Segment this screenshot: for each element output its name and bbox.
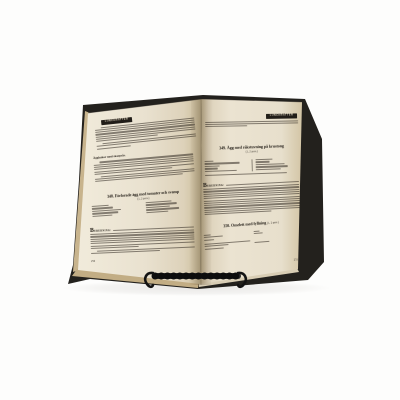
- right-preparation-block: Beredning:: [203, 180, 301, 217]
- text-line: [205, 162, 240, 164]
- text-line: [255, 166, 287, 168]
- text-line: [205, 247, 224, 250]
- text-line: [204, 239, 214, 241]
- text-line: [146, 211, 168, 214]
- text-line: [253, 230, 260, 232]
- right-paragraph-1: [205, 120, 298, 127]
- text-line: [205, 125, 247, 127]
- text-line: [204, 236, 223, 239]
- right-ingredients-col-2: [252, 158, 300, 172]
- right-page-top-block: LUNCHRÄTTER: [205, 113, 298, 129]
- text-line: [255, 161, 269, 163]
- text-line: [254, 241, 270, 243]
- text-line: [205, 170, 237, 172]
- left-preparation-block: Beredning:: [90, 225, 195, 255]
- text-line: [92, 214, 112, 217]
- text-line: [205, 165, 220, 167]
- right-running-head: LUNCHRÄTTER: [266, 113, 297, 118]
- right-preparation-lines: [203, 184, 300, 215]
- text-line: [256, 168, 282, 170]
- left-page-number: 250: [91, 260, 95, 263]
- text-line: [204, 161, 213, 162]
- text-line: [205, 122, 298, 125]
- photo-open-cookbook: LUNCHRÄTTER Äggkakor med skarpsås. 348. …: [0, 0, 400, 400]
- text-line: [205, 168, 218, 170]
- right-recipe-servings-2: (1, 2 pers.): [267, 221, 279, 225]
- text-line: [204, 234, 212, 236]
- text-line: [253, 232, 262, 234]
- text-line: [205, 244, 229, 247]
- right-ingredients-col-1: [204, 159, 249, 173]
- text-line: [255, 159, 273, 161]
- right-recipe-block-349: 349. Ägg med räkstuvning på krustong (1,…: [204, 144, 300, 178]
- right-ingredient-columns: [204, 158, 299, 174]
- book-illustration: [0, 0, 400, 400]
